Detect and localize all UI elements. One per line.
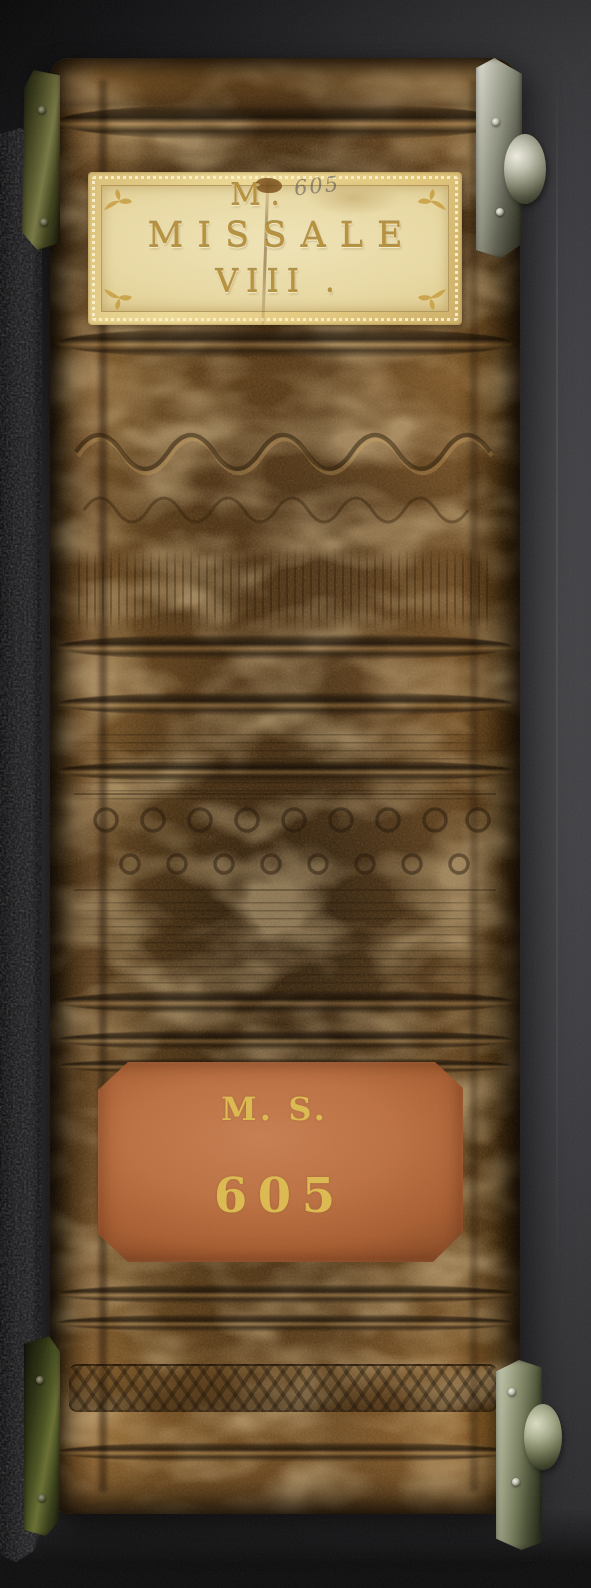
clasp-catch-knob xyxy=(524,1404,562,1470)
head-label-initial: M . xyxy=(68,178,442,213)
rivet xyxy=(38,106,46,114)
rivet xyxy=(36,1376,44,1384)
head-turnover xyxy=(50,58,520,116)
head-label-title: MISSALE xyxy=(88,216,462,256)
tooling-fillet-strokes xyxy=(78,548,492,632)
tooling-chevron-band xyxy=(69,1364,497,1412)
rivet xyxy=(496,208,504,216)
tooling-score-lines xyxy=(69,902,501,990)
raised-band xyxy=(57,692,513,716)
shelfmark-label: M. S. 605 xyxy=(98,1062,463,1262)
head-label-volume-numeral: VIII . xyxy=(88,262,462,300)
raised-band xyxy=(57,990,513,1014)
shelfmark-number: 605 xyxy=(92,1168,457,1224)
raised-band xyxy=(57,760,513,782)
head-label: M . 605 MISSALE VIII . xyxy=(88,172,462,325)
raised-band xyxy=(57,634,513,660)
handwritten-shelfmark: 605 xyxy=(293,172,341,201)
rivet xyxy=(40,218,48,226)
raised-band xyxy=(57,1284,513,1304)
raised-band xyxy=(57,328,513,358)
rivet xyxy=(512,1478,520,1486)
backdrop-reflection-line xyxy=(556,60,558,1300)
rivet xyxy=(508,1388,516,1396)
raised-band xyxy=(57,1030,513,1050)
clasp-top-left xyxy=(22,70,60,250)
rivet xyxy=(38,1494,46,1502)
shelfmark-series: M. S. xyxy=(92,1090,457,1128)
book-spine: M . 605 MISSALE VIII . M. S. 605 xyxy=(50,58,520,1514)
clasp-catch-knob xyxy=(504,134,546,204)
raised-band xyxy=(57,1442,513,1462)
rivet xyxy=(492,118,500,126)
clasp-bottom-left xyxy=(24,1336,60,1536)
raised-band xyxy=(57,1314,513,1332)
photo: M . 605 MISSALE VIII . M. S. 605 xyxy=(0,0,591,1588)
